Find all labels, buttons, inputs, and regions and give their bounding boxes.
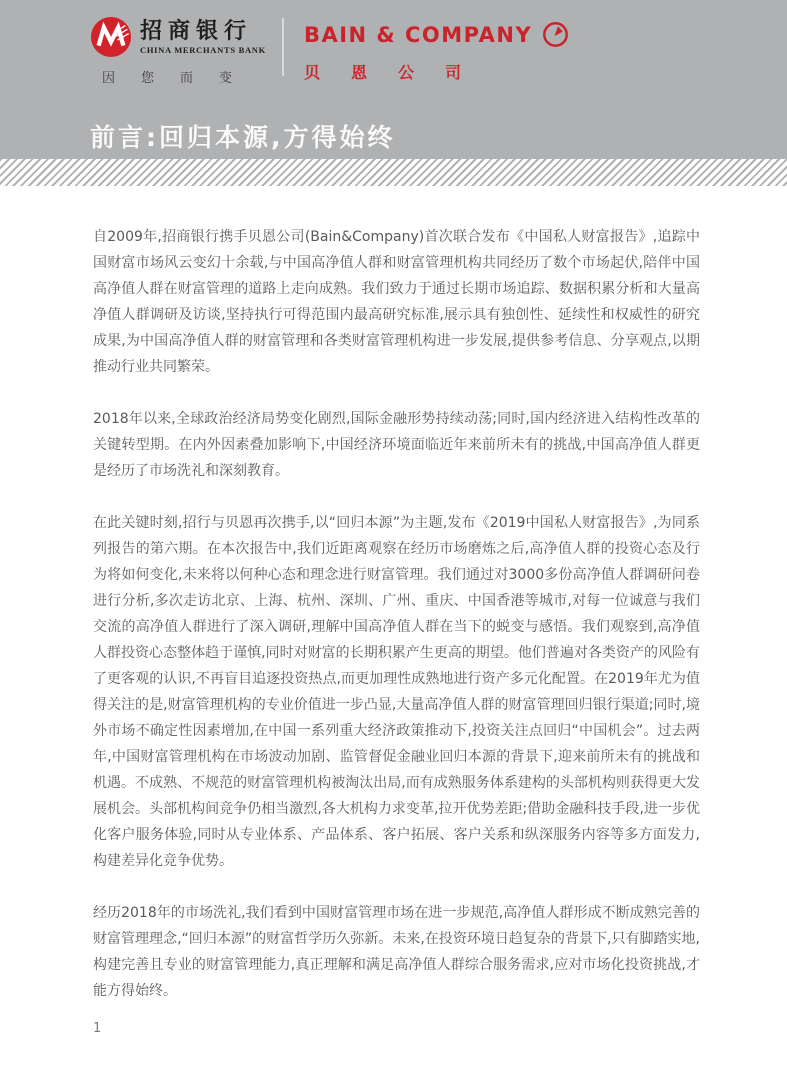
cmb-name-en: CHINA MERCHANTS BANK: [140, 45, 266, 55]
cmb-name-cn: 招商银行: [140, 19, 266, 44]
hatch-divider: [0, 159, 787, 186]
paragraph-3: 在此关键时刻,招行与贝恩再次携手,以“回归本源”为主题,发布《2019中国私人财…: [93, 510, 700, 874]
bain-name-cn: 贝恩公司: [304, 60, 569, 83]
cmb-logo: 招商银行 CHINA MERCHANTS BANK 因您而变: [90, 16, 266, 86]
paragraph-4: 经历2018年的市场洗礼,我们看到中国财富管理市场在进一步规范,高净值人群形成不…: [93, 900, 700, 1004]
paragraph-1: 自2009年,招商银行携手贝恩公司(Bain&Company)首次联合发布《中国…: [93, 224, 700, 380]
bain-name-en: BAIN & COMPANY: [304, 23, 532, 47]
paragraph-2: 2018年以来,全球政治经济局势变化剧烈,国际金融形势持续动荡;同时,国内经济进…: [93, 406, 700, 484]
cmb-logo-icon: [90, 16, 132, 58]
bain-logo: BAIN & COMPANY 贝恩公司: [304, 16, 569, 83]
logo-divider: [282, 18, 284, 76]
logo-row: 招商银行 CHINA MERCHANTS BANK 因您而变 BAIN & CO…: [90, 16, 700, 86]
page-number: 1: [93, 1021, 101, 1036]
report-page: 招商银行 CHINA MERCHANTS BANK 因您而变 BAIN & CO…: [0, 0, 787, 1068]
cmb-slogan: 因您而变: [102, 67, 266, 86]
preface-body: 自2009年,招商银行携手贝恩公司(Bain&Company)首次联合发布《中国…: [0, 186, 787, 1004]
page-title: 前言:回归本源,方得始终: [90, 123, 700, 153]
bain-compass-icon: [542, 21, 569, 48]
header-band: 招商银行 CHINA MERCHANTS BANK 因您而变 BAIN & CO…: [0, 0, 787, 159]
